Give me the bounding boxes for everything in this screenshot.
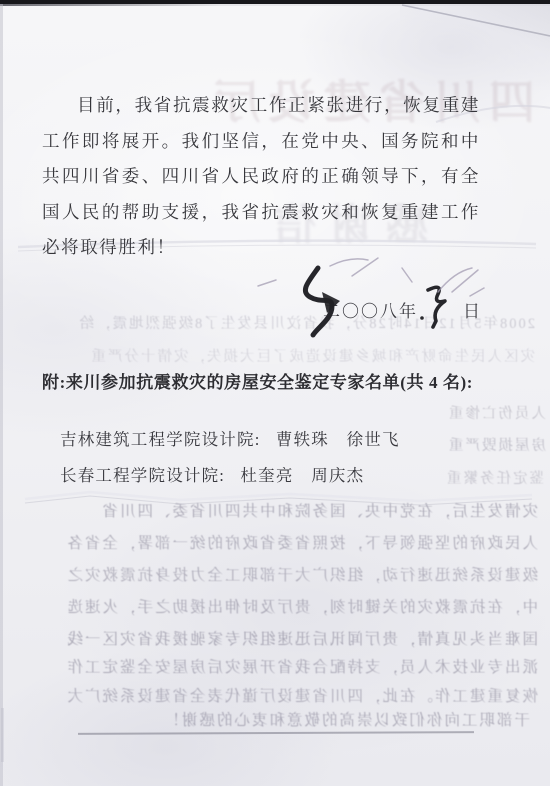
- bleedthrough-text-line: 中，在抗震救灾的关键时刻，贵厅及时伸出援助之手，火速选: [40, 595, 538, 617]
- date-day-text: 日: [463, 297, 482, 322]
- bleedthrough-text-line: 灾区人民生命财产和城乡建设造成了巨大损失，灾情十分严重: [60, 345, 535, 366]
- bleedthrough-text-line: 干部职工向你们致以崇高的敬意和衷心的感谢！: [165, 708, 530, 730]
- institution-name: 吉林建筑工程学院设计院:: [60, 430, 260, 449]
- attachment-heading: 附:来川参加抗震救灾的房屋安全鉴定专家名单(共 4 名):: [42, 368, 512, 393]
- date-year-text: 二〇〇八年: [323, 297, 418, 322]
- bleedthrough-text-line: 房屋损毁严重: [422, 434, 546, 455]
- date-line: 二〇〇八年 日: [0, 297, 550, 321]
- institution-name: 长春工程学院设计院:: [60, 466, 225, 485]
- bleedthrough-text-line: 人民政府的坚强领导下，按照省委省政府的统一部署，全省各: [40, 531, 538, 553]
- scan-edge-left: [0, 4, 3, 786]
- bleedthrough-text-line: 鉴定任务繁重: [432, 467, 544, 488]
- bleedthrough-text-line: 国难当头见真情，贵厅闻讯后迅速组织专家驰援我省灾区一线: [40, 627, 538, 649]
- bleedthrough-text-line: 派出专业技术人员，支持配合我省开展灾后房屋安全鉴定工作: [40, 655, 538, 677]
- body-paragraph: 目前，我省抗震救灾工作正紧张进行，恢复重建工作即将展开。我们坚信，在党中央、国务…: [42, 88, 480, 266]
- scan-edge: [0, 0, 550, 4]
- expert-names: 曹轶珠 徐世飞: [276, 430, 400, 449]
- bleedthrough-text-line: 恢复重建工作。在此，四川省建设厅谨代表全省建设系统广大: [40, 684, 538, 706]
- expert-names: 杜奎亮 周庆杰: [240, 466, 364, 485]
- expert-row: 吉林建筑工程学院设计院: 曹轶珠 徐世飞: [60, 426, 400, 450]
- bleedthrough-text-line: 人员伤亡惨重: [428, 402, 546, 423]
- expert-row: 长春工程学院设计院: 杜奎亮 周庆杰: [60, 462, 364, 486]
- bleedthrough-text-line: 级建设系统迅速行动，组织广大干部职工全力投身抗震救灾之: [40, 563, 538, 585]
- bleedthrough-rule: [78, 731, 474, 735]
- bleedthrough-text-line: 灾情发生后，在党中央、国务院和中共四川省委、四川省: [40, 499, 538, 521]
- scanned-letter-page: 四川省建设厅 感谢信 2008年5月12日14时28分，我省汶川县发生了8级强烈…: [0, 0, 550, 786]
